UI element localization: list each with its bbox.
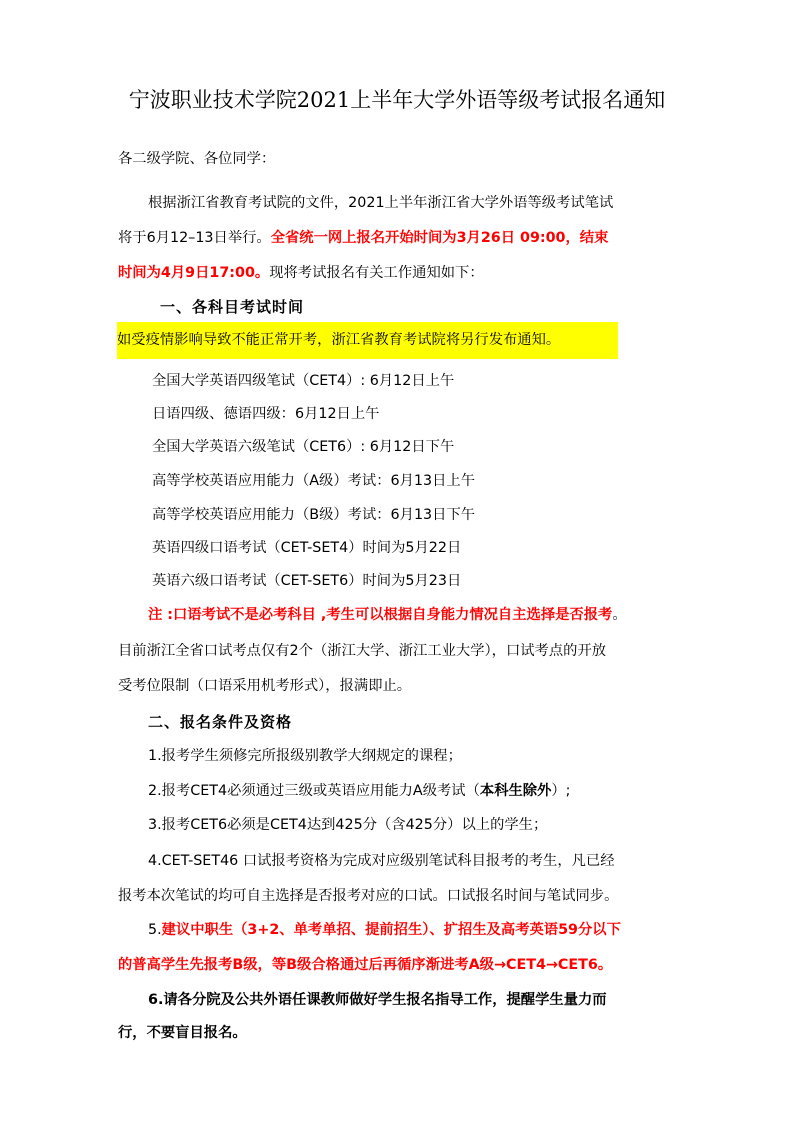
page-title: 宁波职业技术学院2021上半年大学外语等级考试报名通知 xyxy=(0,84,794,114)
schedule-item: 日语四级、德语四级：6月12日上午 xyxy=(152,404,379,424)
oral-exam-note-line-3: 受考位限制（口语采用机考形式），报满即止。 xyxy=(118,676,411,696)
registration-end-time: 时间为4月9日17:00。 xyxy=(118,265,269,281)
oral-exam-note-end: 。 xyxy=(612,607,626,623)
schedule-item: 全国大学英语四级笔试（CET4）: 6月12日上午 xyxy=(152,371,454,391)
registration-start-time: 全省统一网上报名开始时间为3月26日 09:00，结束 xyxy=(271,230,609,246)
intro-closing: 现将考试报名有关工作通知如下： xyxy=(269,265,483,281)
requirement-item-2-text: 2.报考CET4必须通过三级或英语应用能力A级考试（ xyxy=(148,783,480,799)
greeting: 各二级学院、各位同学： xyxy=(118,149,275,169)
intro-line-2: 将于6月12–13日举行。全省统一网上报名开始时间为3月26日 09:00，结束 xyxy=(118,228,608,248)
section-1-heading: 一、各科目考试时间 xyxy=(160,296,304,317)
requirement-item-2-end: ）; xyxy=(551,783,570,799)
requirement-item-1: 1.报考学生须修完所报级别教学大纲规定的课程； xyxy=(148,746,462,766)
requirement-item-5-line-1: 5.建议中职生（3+2、单考单招、提前招生）、扩招生及高考英语59分以下 xyxy=(148,920,621,940)
requirement-item-5-number: 5. xyxy=(148,922,162,938)
intro-line-1: 根据浙江省教育考试院的文件，2021上半年浙江省大学外语等级考试笔试 xyxy=(148,193,613,213)
oral-exam-note: 注 :口语考试不是必考科目 ,考生可以根据自身能力情况自主选择是否报考。 xyxy=(148,605,627,625)
schedule-item: 高等学校英语应用能力（B级）考试：6月13日下午 xyxy=(152,505,475,525)
requirement-item-2-exception: 本科生除外 xyxy=(480,783,551,799)
intro-line-3: 时间为4月9日17:00。现将考试报名有关工作通知如下： xyxy=(118,263,484,283)
section-2-heading: 二、报名条件及资格 xyxy=(148,711,292,732)
requirement-item-3: 3.报考CET6必须是CET4达到425分（含425分）以上的学生； xyxy=(148,815,547,835)
oral-exam-note-line-2: 目前浙江全省口试考点仅有2个（浙江大学、浙江工业大学），口试考点的开放 xyxy=(118,641,606,661)
schedule-item: 高等学校英语应用能力（A级）考试：6月13日上午 xyxy=(152,471,475,491)
requirement-item-5-recommendation: 建议中职生（3+2、单考单招、提前招生）、扩招生及高考英语59分以下 xyxy=(162,922,621,938)
requirement-item-4-line-2: 报考本次笔试的均可自主选择是否报考对应的口试。口试报名时间与笔试同步。 xyxy=(118,886,618,906)
covid-notice-highlight: 如受疫情影响导致不能正常开考，浙江省教育考试院将另行发布通知。 xyxy=(117,322,618,359)
intro-exam-date: 将于6月12–13日举行。 xyxy=(118,230,271,246)
requirement-item-4-line-1: 4.CET-SET46 口试报考资格为完成对应级别笔试科目报考的考生，凡已经 xyxy=(148,851,615,871)
requirement-item-6-line-1: 6.请各分院及公共外语任课教师做好学生报名指导工作，提醒学生量力而 xyxy=(148,990,607,1010)
requirement-item-5-line-2: 的普高学生先报考B级，等B级合格通过后再循序渐进考A级→CET4→CET6。 xyxy=(118,955,612,975)
schedule-item: 英语六级口语考试（CET-SET6）时间为5月23日 xyxy=(152,571,461,591)
requirement-item-6-line-2: 行，不要盲目报名。 xyxy=(118,1023,247,1043)
requirement-item-2: 2.报考CET4必须通过三级或英语应用能力A级考试（本科生除外）; xyxy=(148,781,571,801)
schedule-item: 全国大学英语六级笔试（CET6）: 6月12日下午 xyxy=(152,437,454,457)
oral-exam-note-emphasis: 注 :口语考试不是必考科目 ,考生可以根据自身能力情况自主选择是否报考 xyxy=(148,607,612,623)
schedule-item: 英语四级口语考试（CET-SET4）时间为5月22日 xyxy=(152,538,461,558)
